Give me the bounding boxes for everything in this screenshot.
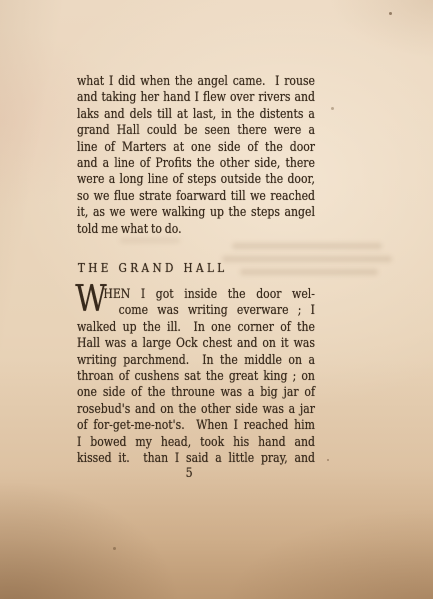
word: other bbox=[220, 156, 250, 172]
word: than bbox=[143, 451, 168, 467]
word: the bbox=[229, 205, 247, 221]
word: of bbox=[140, 156, 151, 172]
word: got bbox=[156, 287, 174, 303]
word: a bbox=[248, 385, 254, 401]
word: a bbox=[131, 336, 137, 352]
word: I bbox=[275, 74, 279, 90]
word: his bbox=[233, 435, 249, 451]
word: ill. bbox=[167, 320, 181, 336]
word: him bbox=[294, 418, 315, 434]
word: dels bbox=[130, 107, 152, 123]
word: the bbox=[175, 74, 193, 90]
word: and bbox=[294, 90, 314, 106]
word: In bbox=[202, 353, 213, 369]
page-number: 5 bbox=[70, 466, 308, 481]
word: rosebud's bbox=[77, 402, 130, 418]
word: door bbox=[290, 140, 315, 156]
word: did bbox=[118, 74, 135, 90]
word: I bbox=[109, 74, 113, 90]
word: a bbox=[109, 172, 115, 188]
word: rivers bbox=[258, 90, 290, 106]
word: the bbox=[237, 107, 255, 123]
word: I bbox=[141, 287, 145, 303]
word: king bbox=[263, 369, 287, 385]
word: line bbox=[77, 140, 97, 156]
word: of bbox=[119, 369, 130, 385]
text-line: comewaswritingeverware;I bbox=[77, 303, 315, 319]
text-line: lineofMartersatonesideofthedoor bbox=[77, 140, 315, 156]
word: up bbox=[123, 320, 137, 336]
word: cushens bbox=[134, 369, 179, 385]
word: line bbox=[114, 156, 134, 172]
word: was bbox=[263, 402, 284, 418]
text-block: whatIdidwhentheangelcame.Irouseandtaking… bbox=[77, 0, 315, 599]
word: the bbox=[220, 353, 238, 369]
paper-speck bbox=[327, 459, 329, 461]
word: side bbox=[103, 385, 125, 401]
text-line: werealonglineofstepsoutsidethedoor, bbox=[77, 172, 315, 188]
word: the bbox=[297, 320, 315, 336]
word: a bbox=[103, 156, 109, 172]
word: and bbox=[295, 435, 315, 451]
word: the bbox=[148, 385, 166, 401]
word: till bbox=[157, 107, 172, 123]
text-line: Ibowedmyhead,tookhishandand bbox=[77, 435, 315, 451]
word: flue bbox=[114, 189, 135, 205]
word: hand bbox=[258, 435, 285, 451]
word: were bbox=[130, 205, 157, 221]
word: other bbox=[201, 402, 231, 418]
word: foarward bbox=[176, 189, 226, 205]
word: and bbox=[237, 336, 257, 352]
word: there bbox=[237, 123, 266, 139]
word: head, bbox=[161, 435, 191, 451]
word: could bbox=[147, 123, 177, 139]
word: bowed bbox=[90, 435, 126, 451]
word: I bbox=[77, 435, 81, 451]
word: till bbox=[231, 189, 246, 205]
word: one bbox=[211, 320, 231, 336]
word: we bbox=[94, 189, 110, 205]
word: parchmend. bbox=[123, 353, 189, 369]
word: flew bbox=[203, 90, 226, 106]
word: we bbox=[250, 189, 266, 205]
word: angel bbox=[285, 205, 315, 221]
chapter-heading: THE GRAND HALL bbox=[78, 261, 228, 275]
word: reached bbox=[270, 189, 315, 205]
word: great bbox=[229, 369, 258, 385]
word: throan bbox=[77, 369, 114, 385]
word: of bbox=[104, 140, 115, 156]
word: of bbox=[247, 140, 258, 156]
word: on bbox=[301, 369, 315, 385]
word: walked bbox=[77, 320, 116, 336]
text-line: HENIgotinsidethedoorwel- bbox=[77, 287, 315, 303]
word: a bbox=[289, 402, 295, 418]
word: everware bbox=[237, 303, 289, 319]
word: the bbox=[265, 172, 283, 188]
word: took bbox=[200, 435, 224, 451]
text-line: throanofcushenssatthegreatking;on bbox=[77, 369, 315, 385]
word: Profits bbox=[155, 156, 191, 172]
word: the bbox=[265, 140, 283, 156]
book-page: whatIdidwhentheangelcame.Irouseandtaking… bbox=[0, 0, 433, 599]
word: the bbox=[206, 369, 224, 385]
word: big bbox=[260, 385, 277, 401]
word: was bbox=[294, 336, 315, 352]
paragraph-continuation: whatIdidwhentheangelcame.Irouseandtaking… bbox=[77, 74, 315, 238]
word: throune bbox=[171, 385, 215, 401]
word: inside bbox=[184, 287, 217, 303]
word: outside bbox=[221, 172, 261, 188]
word: do. bbox=[165, 222, 182, 238]
word: me bbox=[101, 222, 118, 238]
word: a bbox=[215, 451, 221, 467]
word: large bbox=[143, 336, 172, 352]
word: middle bbox=[244, 353, 282, 369]
word: the bbox=[228, 287, 246, 303]
word: and bbox=[77, 156, 97, 172]
word: her bbox=[140, 90, 159, 106]
word: Ock bbox=[176, 336, 198, 352]
text-line: onesideofthethrounewasabigjarof bbox=[77, 385, 315, 401]
word: When bbox=[196, 418, 228, 434]
text-line: toldmewhattodo. bbox=[77, 222, 315, 238]
word: side bbox=[235, 402, 257, 418]
word: was bbox=[157, 303, 178, 319]
paper-speck bbox=[331, 107, 334, 110]
word: laks bbox=[77, 107, 99, 123]
word: come bbox=[119, 303, 148, 319]
text-line: walkeduptheill.Inonecornerofthe bbox=[77, 320, 315, 336]
word: of bbox=[131, 385, 142, 401]
word: was bbox=[105, 336, 126, 352]
word: hand bbox=[163, 90, 190, 106]
word: of bbox=[173, 172, 184, 188]
word: one bbox=[191, 140, 211, 156]
paper-speck bbox=[389, 12, 392, 15]
word: kissed bbox=[77, 451, 112, 467]
word: jar bbox=[300, 402, 315, 418]
word: on bbox=[262, 336, 276, 352]
word: my bbox=[135, 435, 151, 451]
word: little bbox=[229, 451, 255, 467]
text-line: andalineofProfitstheotherside,there bbox=[77, 156, 315, 172]
word: at bbox=[177, 107, 188, 123]
word: line bbox=[148, 172, 168, 188]
word: on bbox=[160, 402, 174, 418]
word: grand bbox=[77, 123, 110, 139]
word: Marters bbox=[122, 140, 166, 156]
word: were bbox=[77, 172, 104, 188]
word: distents bbox=[260, 107, 304, 123]
word: there bbox=[285, 156, 314, 172]
text-line: grandHallcouldbeseentherewerea bbox=[77, 123, 315, 139]
word: said bbox=[186, 451, 209, 467]
word: sat bbox=[184, 369, 200, 385]
word: side bbox=[218, 140, 240, 156]
word: pray, bbox=[261, 451, 288, 467]
word: taking bbox=[102, 90, 137, 106]
text-line: whatIdidwhentheangelcame.Irouse bbox=[77, 74, 315, 90]
text-line: HallwasalargeOckchestandonitwas bbox=[77, 336, 315, 352]
word: Hall bbox=[77, 336, 100, 352]
word: reached bbox=[244, 418, 289, 434]
text-line: offor-get-me-not's.WhenIreachedhim bbox=[77, 418, 315, 434]
word: up bbox=[210, 205, 224, 221]
word: seen bbox=[205, 123, 230, 139]
word: of bbox=[280, 320, 291, 336]
word: I bbox=[311, 303, 315, 319]
word: for-get-me-not's. bbox=[93, 418, 184, 434]
word: a bbox=[308, 107, 314, 123]
word: be bbox=[184, 123, 197, 139]
word: and bbox=[104, 107, 124, 123]
word: and bbox=[77, 90, 97, 106]
text-line: andtakingherhandIflewoverriversand bbox=[77, 90, 315, 106]
word: writing bbox=[77, 353, 117, 369]
word: the bbox=[143, 320, 161, 336]
word: I bbox=[175, 451, 179, 467]
word: one bbox=[77, 385, 97, 401]
word: as bbox=[93, 205, 105, 221]
word: when bbox=[140, 74, 170, 90]
word: and bbox=[295, 451, 315, 467]
text-line: rosebud'sandontheothersidewasajar bbox=[77, 402, 315, 418]
word: at bbox=[173, 140, 184, 156]
word: it bbox=[281, 336, 289, 352]
word: In bbox=[194, 320, 205, 336]
word: were bbox=[274, 123, 301, 139]
word: last, bbox=[193, 107, 216, 123]
word: HEN bbox=[103, 287, 130, 303]
word: a bbox=[308, 353, 314, 369]
word: walking bbox=[162, 205, 205, 221]
word: steps bbox=[187, 172, 216, 188]
word: rouse bbox=[284, 74, 315, 90]
word: writing bbox=[188, 303, 228, 319]
word: came. bbox=[233, 74, 266, 90]
word: corner bbox=[237, 320, 273, 336]
word: jar bbox=[283, 385, 298, 401]
word: of bbox=[77, 418, 88, 434]
word: door bbox=[256, 287, 281, 303]
word: was bbox=[221, 385, 242, 401]
word: door, bbox=[287, 172, 315, 188]
word: I bbox=[234, 418, 238, 434]
word: the bbox=[197, 156, 215, 172]
word: on bbox=[288, 353, 302, 369]
word: it, bbox=[77, 205, 88, 221]
word: what bbox=[121, 222, 148, 238]
word: ; bbox=[293, 369, 297, 385]
word: angel bbox=[198, 74, 228, 90]
word: and bbox=[135, 402, 155, 418]
word: long bbox=[119, 172, 143, 188]
word: side, bbox=[254, 156, 280, 172]
word: chest bbox=[203, 336, 232, 352]
text-line: writingparchmend.Inthemiddleona bbox=[77, 353, 315, 369]
word: Hall bbox=[117, 123, 140, 139]
word: in bbox=[221, 107, 231, 123]
word: so bbox=[77, 189, 89, 205]
word: it. bbox=[118, 451, 129, 467]
word: of bbox=[304, 385, 315, 401]
word: I bbox=[195, 90, 199, 106]
word: strate bbox=[139, 189, 171, 205]
word: ; bbox=[298, 303, 302, 319]
text-line: laksanddelstillatlast,inthedistentsa bbox=[77, 107, 315, 123]
word: steps bbox=[251, 205, 280, 221]
text-line: kissedit.thanIsaidalittlepray,and bbox=[77, 451, 315, 467]
word: wel- bbox=[292, 287, 315, 303]
text-line: it,aswewerewalkingupthestepsangel bbox=[77, 205, 315, 221]
word: the bbox=[178, 402, 196, 418]
paragraph-grand-hall: HENIgotinsidethedoorwel-comewaswritingev… bbox=[77, 287, 315, 467]
word: a bbox=[308, 123, 314, 139]
text-line: sowefluestratefoarwardtillwereached bbox=[77, 189, 315, 205]
word: over bbox=[230, 90, 254, 106]
word: to bbox=[151, 222, 162, 238]
word: told bbox=[77, 222, 98, 238]
word: we bbox=[110, 205, 126, 221]
word: what bbox=[77, 74, 104, 90]
